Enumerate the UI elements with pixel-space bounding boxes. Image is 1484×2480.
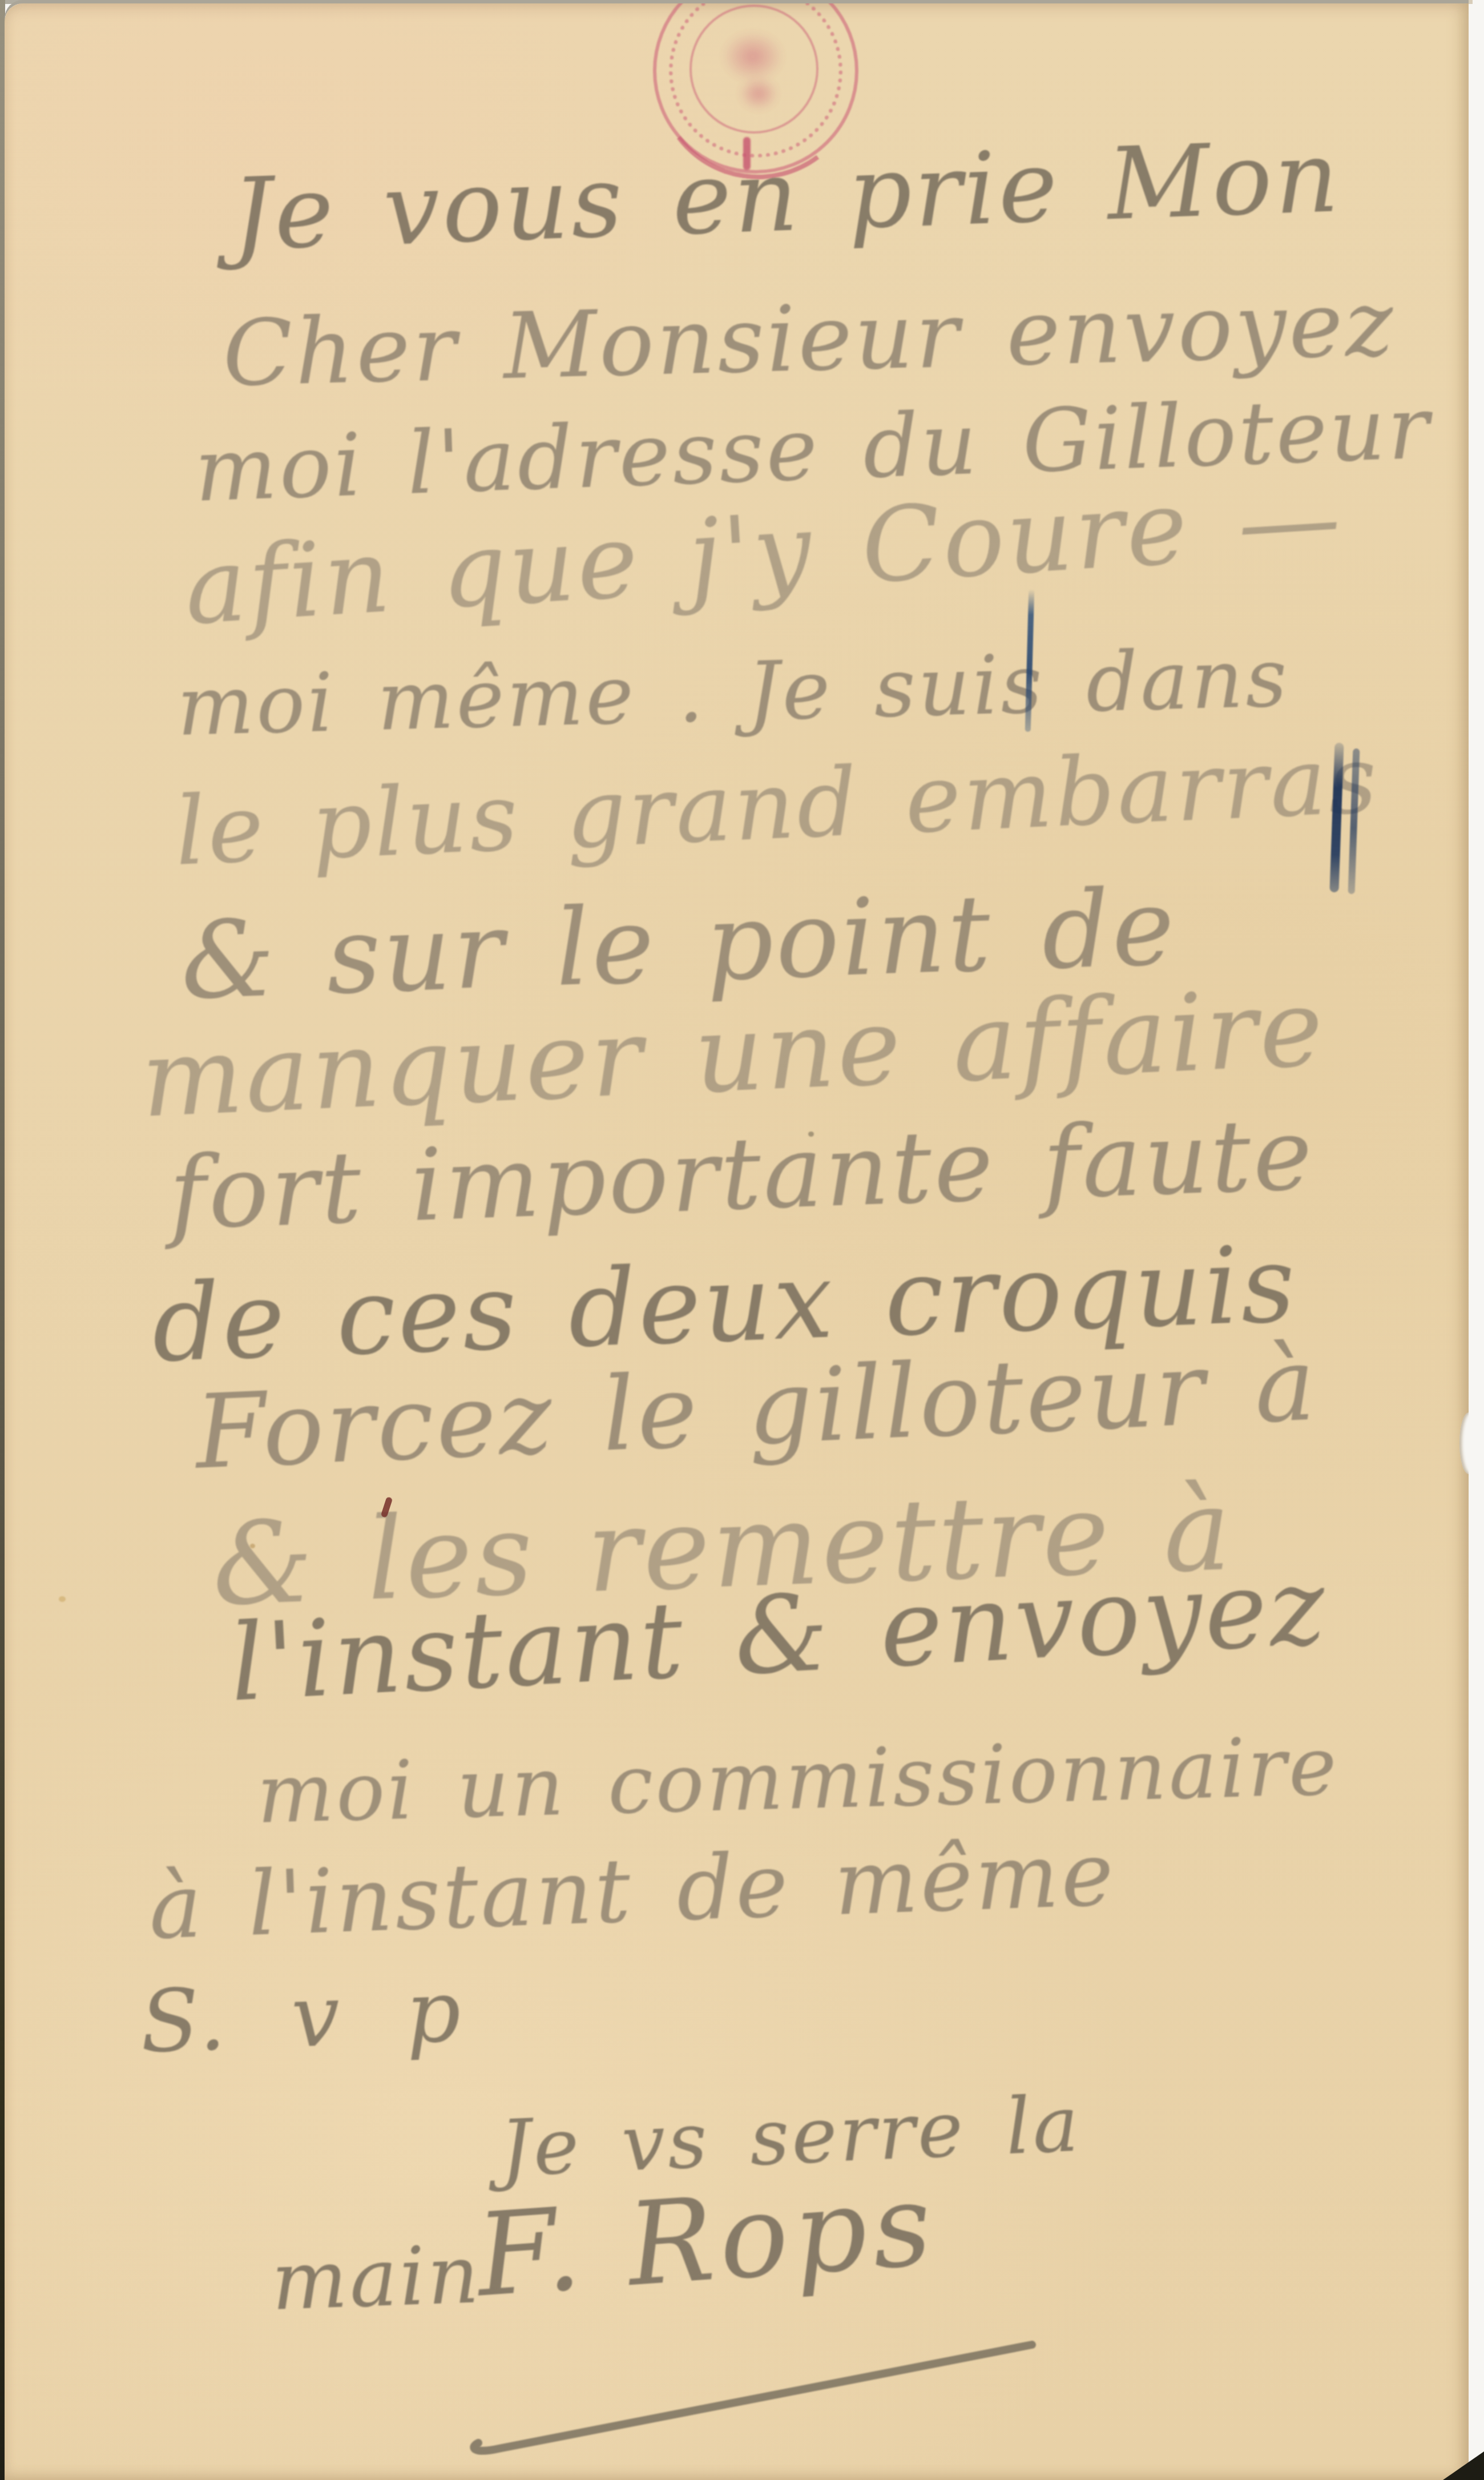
handwritten-line: S. v p — [139, 1962, 465, 2072]
signature-underline-flourish — [461, 2336, 1043, 2455]
blue-ink-stroke — [1329, 743, 1344, 892]
paper-speck — [808, 1132, 814, 1137]
handwritten-line: Je vous en prie Mon — [230, 119, 1343, 273]
stamp-ink-blot — [721, 31, 784, 82]
paper-speck — [250, 1544, 255, 1548]
handwritten-closing-word: main — [270, 2228, 483, 2329]
stamp-ink-blot — [739, 77, 779, 111]
paper-speck — [59, 1596, 66, 1602]
handwritten-line: à l'instant de même — [147, 1822, 1118, 1959]
letter-paper: Je vous en prie Mon Cher Monsieur envoye… — [5, 3, 1469, 2480]
scanner-background: Je vous en prie Mon Cher Monsieur envoye… — [0, 0, 1484, 2480]
blue-ink-stroke — [1348, 748, 1360, 894]
right-edge-notch — [1459, 1412, 1469, 1474]
blue-ink-smudge — [1332, 743, 1372, 900]
handwritten-line: moi un commissionnaire — [256, 1719, 1340, 1842]
